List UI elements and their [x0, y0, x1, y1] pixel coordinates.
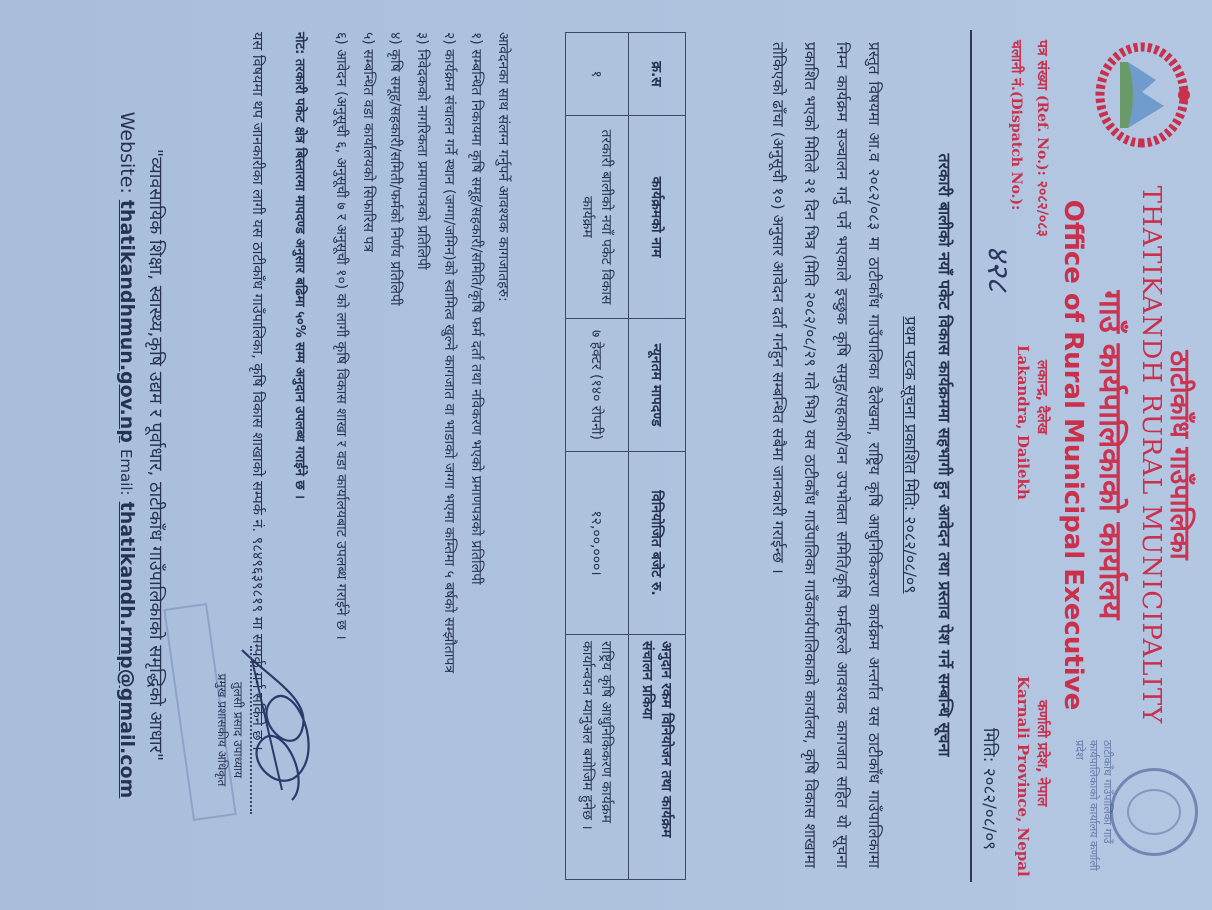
seal-text: ठाटीकाँध गाउँपालिका गाउँ कार्यपालिकाको क…: [1072, 740, 1114, 880]
letter-date: मिति: २०८२/०८/०९: [979, 728, 1002, 850]
location-np: लकान्द्र, दैलेख: [1033, 360, 1052, 434]
notice-document: ठाटीकाँध गाउँपालिका THATIKANDH RURAL MUN…: [0, 0, 1212, 910]
slogan: "व्यावसायिक शिक्षा, स्वास्थ्य,कृषि उद्यम…: [144, 0, 168, 910]
website-label: Website:: [116, 112, 138, 194]
notice-subject: तरकारी बालीको नयाँ पकेट विकास कार्यक्रमम…: [934, 0, 956, 910]
contact-info: यस विषयमा थप जानकारीका लागी यस ठाटीकाँध …: [242, 32, 272, 882]
footer-links: Website: thatikandhmun.gov.np Email: tha…: [116, 0, 138, 910]
list-item: ३) निवेदकको नागरिकता प्रमाणपत्रको प्रतिल…: [408, 32, 435, 882]
list-item: ४) कृषि समूह/सहकारी/समिती/फर्मको निर्णय …: [381, 32, 408, 882]
location-en: Lakandra, Dailekh: [1014, 345, 1032, 500]
province-np: कर्णाली प्रदेश, नेपाल: [1033, 700, 1052, 806]
province-en: Karnali Province, Nepal: [1014, 676, 1032, 877]
email-label: Email:: [117, 449, 135, 496]
ref-number: पत्र संख्या (Ref. No.): २०८२/०८३: [1033, 40, 1052, 237]
list-item: २) कार्यक्रम संचालन गर्ने स्थान (जग्गा/ज…: [435, 32, 462, 882]
cell-budget: १२,००,०००।: [566, 452, 629, 635]
col-min-criteria: न्यूनतम मापदण्ड: [629, 319, 686, 452]
col-serial: क्र.स: [629, 33, 686, 116]
office-seal-icon: [1110, 768, 1198, 856]
cell-process: राष्ट्रिय कृषि आधुनिकिकरण कार्यक्रम कार्…: [566, 635, 629, 880]
cell-program-name: तरकारी बालीको नयाँ पकेट विकास कार्यक्रम: [566, 116, 629, 319]
col-program-name: कार्यक्रमको नाम: [629, 116, 686, 319]
dispatch-number: ४२८: [979, 245, 1020, 292]
cell-min-criteria: ७ हेक्टर (१४० रोपनी): [566, 319, 629, 452]
website-link[interactable]: thatikandhmun.gov.np: [116, 200, 138, 443]
list-item: ५) सम्बन्धित वडा कार्यालयको सिफारिस पत्र: [354, 32, 381, 882]
col-process: अनुदान रकम विनियोजन तथा कार्यक्रम संचालन…: [629, 635, 686, 880]
notice-body: प्रस्तुत विषयमा आ.व २०८२/०८३ मा ठाटीकाँध…: [762, 42, 890, 868]
notice-subtitle: प्रथम पटक सूचना प्रकाशित मिति: २०८२/०८/०…: [900, 0, 922, 910]
col-budget: विनियोजित बजेट रु.: [629, 452, 686, 635]
list-item: १) सम्बन्धित निकायमा कृषि समूह/सहकारी/सम…: [462, 32, 489, 882]
documents-heading: आवेदनका साथ संलग्न गर्नुपर्ने आवश्यक काग…: [489, 32, 516, 882]
program-table: क्र.स कार्यक्रमको नाम न्यूनतम मापदण्ड वि…: [565, 32, 686, 880]
dispatch-label: चलानी नं.(Dispatch No.):: [1007, 40, 1026, 210]
letterhead: ठाटीकाँध गाउँपालिका THATIKANDH RURAL MUN…: [982, 0, 1212, 910]
table-row: १ तरकारी बालीको नयाँ पकेट विकास कार्यक्र…: [566, 33, 629, 880]
letterhead-divider: [970, 30, 972, 882]
email-link[interactable]: thatikandh.rmp@gmail.com: [116, 502, 138, 799]
table-header-row: क्र.स कार्यक्रमको नाम न्यूनतम मापदण्ड वि…: [629, 33, 686, 880]
required-documents: आवेदनका साथ संलग्न गर्नुपर्ने आवश्यक काग…: [327, 32, 516, 882]
cell-serial: १: [566, 33, 629, 116]
